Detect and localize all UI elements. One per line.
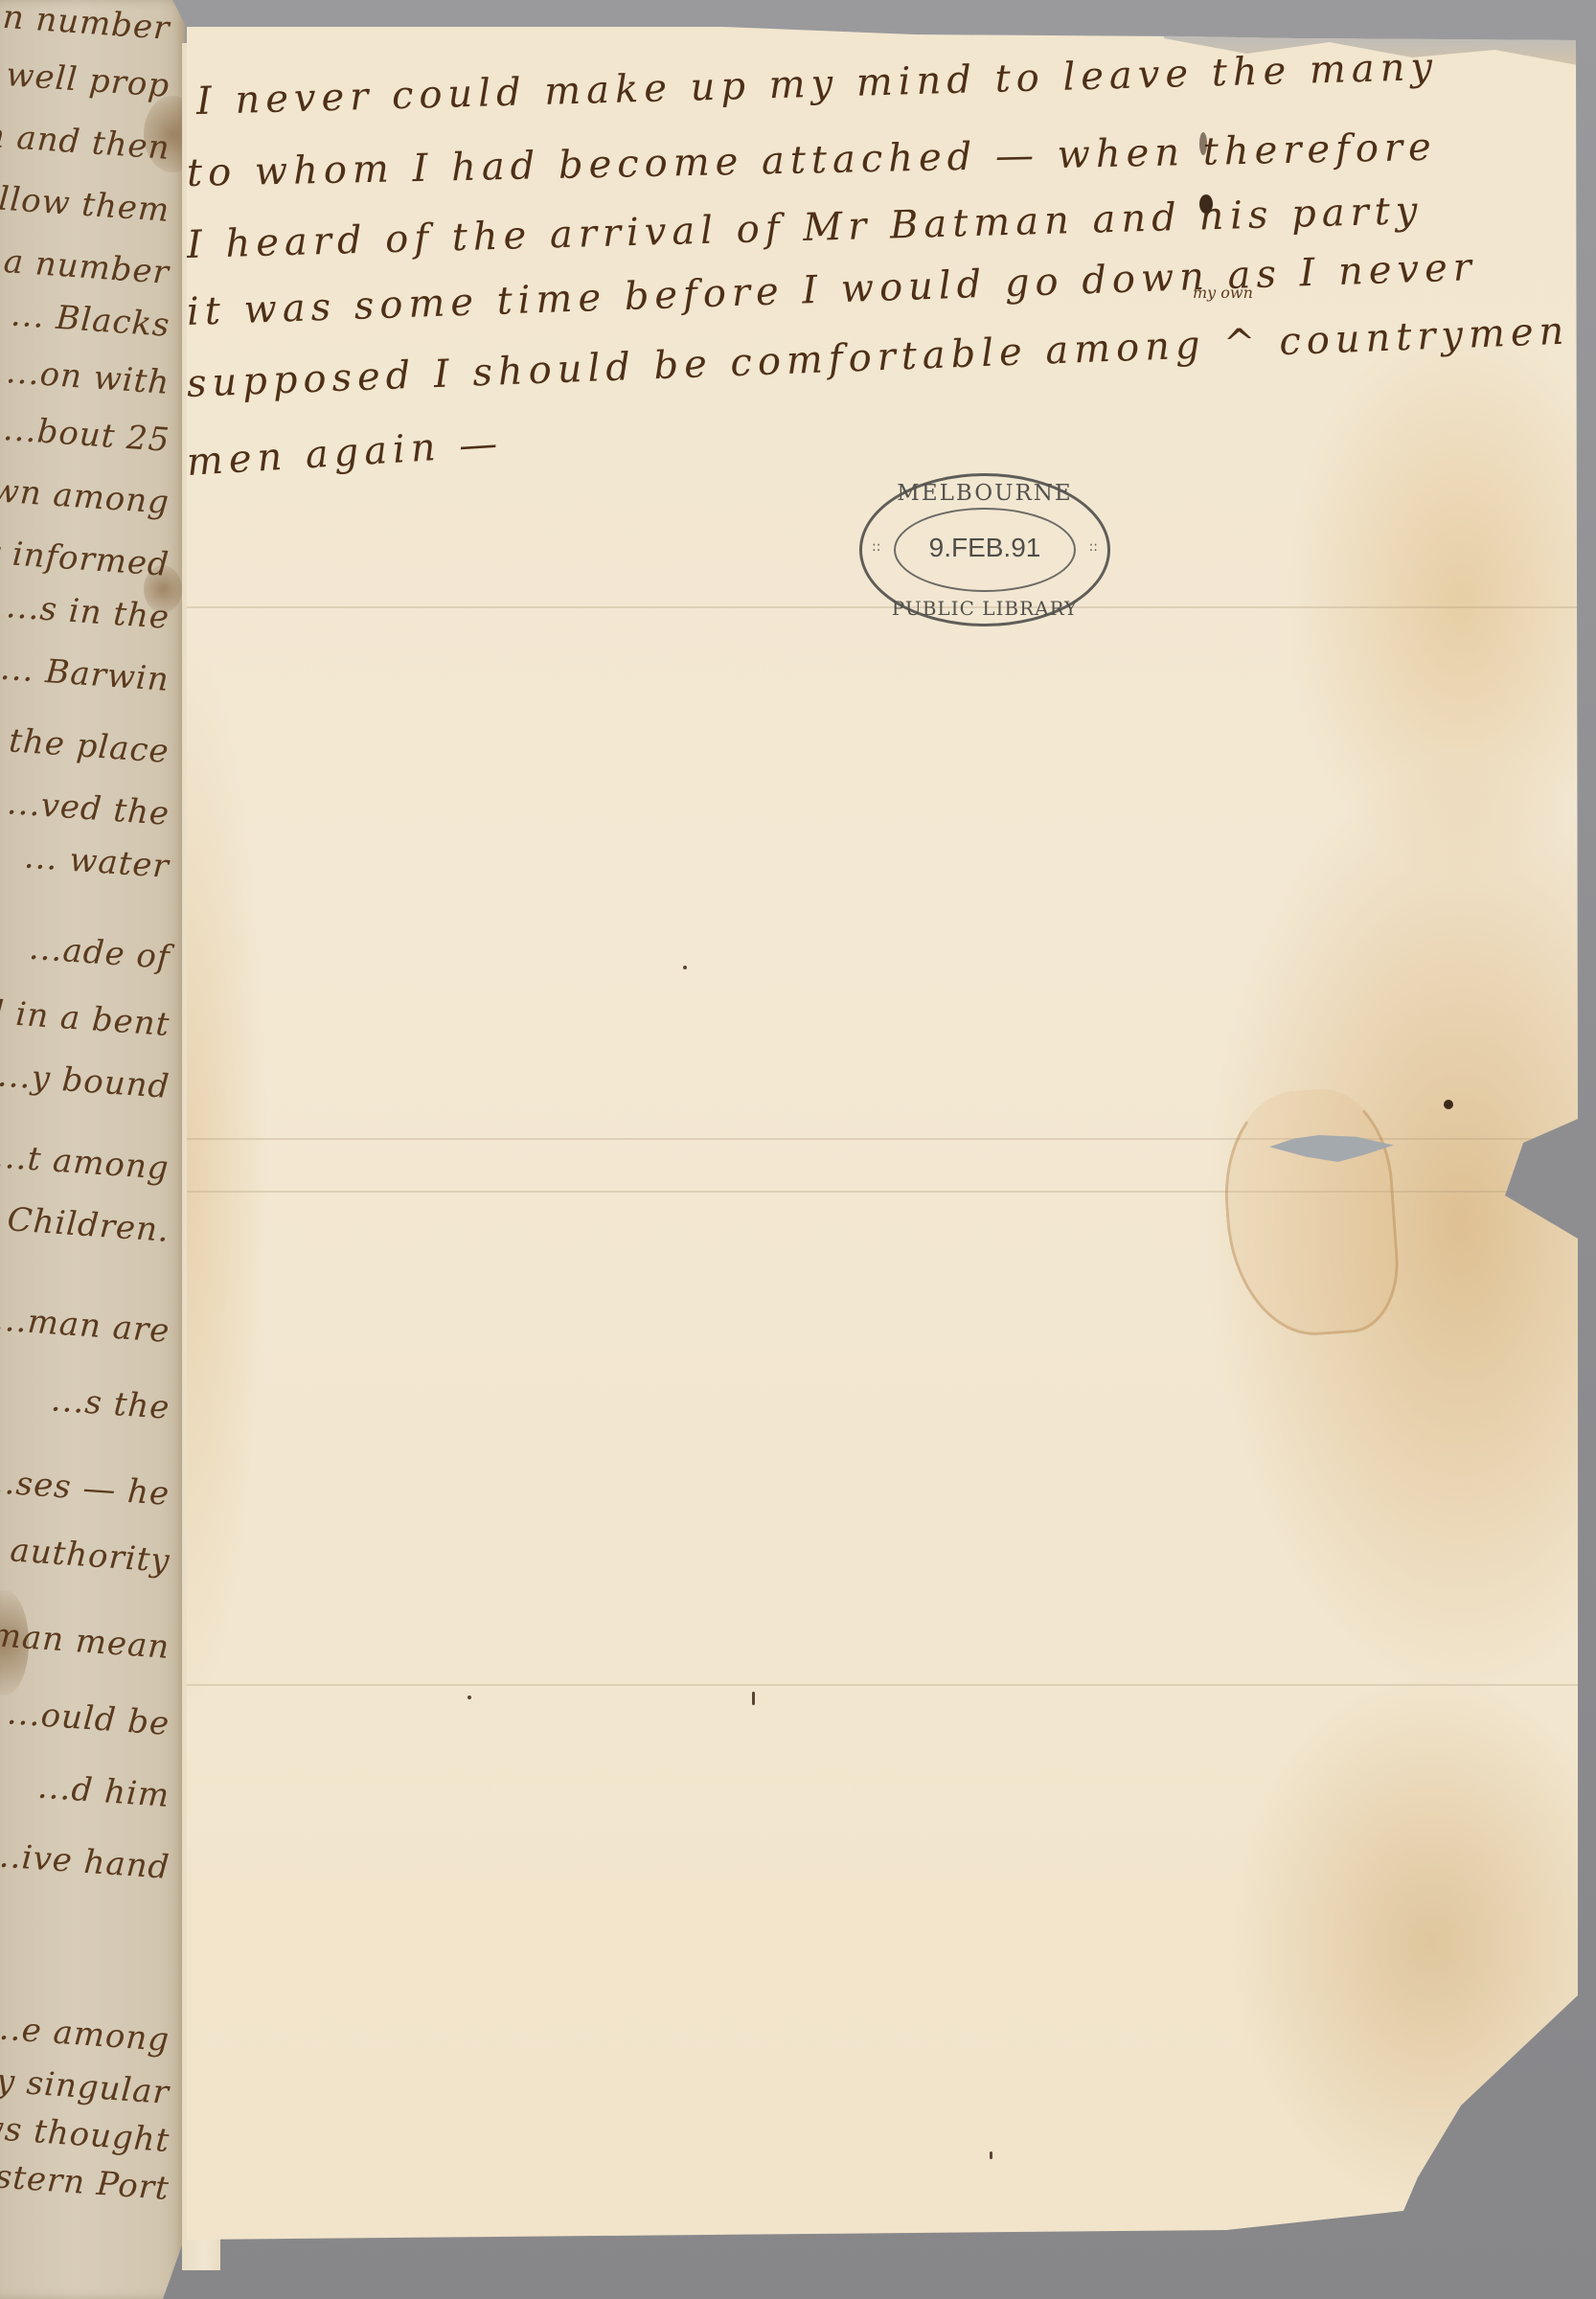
left-page-line: ... authority [0, 1528, 171, 1581]
stamp-dots-right: :: [1089, 539, 1098, 555]
left-page-line: ...ses — he [0, 1462, 171, 1514]
left-page-line: ...d him [36, 1767, 171, 1815]
manuscript-line-6: men again — [186, 421, 505, 485]
stamp-top-text: MELBOURNE [862, 481, 1107, 506]
left-page-line: ...on with [5, 353, 171, 402]
manuscript-scan: ...n number a well prop ...n and then ..… [0, 0, 1596, 2299]
paper-speck [752, 1692, 755, 1705]
stamp-date: 9.FEB.91 [896, 533, 1074, 563]
ink-blot [1199, 132, 1207, 155]
left-page-line: ... Barwin [0, 649, 171, 699]
left-page-line: ...ews thought [0, 2105, 171, 2160]
left-page-line: ...s the [50, 1380, 171, 1427]
stamp-bottom-text: PUBLIC LIBRARY [862, 597, 1107, 620]
left-page-line: ... Blacks [10, 295, 171, 345]
water-stain [1218, 1084, 1402, 1341]
ink-blot [1444, 1100, 1453, 1109]
ink-blot [1199, 194, 1213, 214]
left-page-line: ...n number [0, 0, 171, 48]
left-page-line: ...r a number [0, 238, 171, 291]
paper-speck [683, 966, 687, 969]
left-page-line: ...ould be [6, 1694, 171, 1743]
left-page-line: ...t among [0, 1137, 171, 1188]
left-page-line: ...man are [0, 1300, 171, 1351]
left-page-line: ...known among [0, 465, 171, 522]
left-facing-page: ...n number a well prop ...n and then ..… [0, 0, 187, 2299]
left-page-line: ...e among [0, 2009, 171, 2060]
left-page-line: ... water [23, 837, 171, 885]
left-page-line: ...ey informed [0, 529, 171, 584]
left-page-line: a well prop [0, 54, 171, 105]
paper-speck [467, 1696, 471, 1699]
left-page-line: ...ved the [6, 784, 171, 833]
left-page-line: ...l in a bent [0, 991, 171, 1044]
left-page-line: ... Western Port [0, 2151, 171, 2208]
left-page-line: ...ade of [28, 929, 171, 977]
left-page-line: ...y singular [0, 2060, 171, 2112]
manuscript-line-2: to whom I had become attached — when the… [187, 125, 1438, 195]
manuscript-line-1: I never could make up my mind to leave t… [195, 45, 1438, 124]
left-page-line: ... Children. [0, 1197, 171, 1250]
left-page-line: ...ky follow them [0, 171, 171, 230]
fold-line [187, 1684, 1578, 1686]
library-stamp: MELBOURNE 9.FEB.91 :: :: PUBLIC LIBRARY [859, 473, 1110, 626]
left-page-line: ...y bound [0, 1056, 171, 1105]
interlinear-insertion: my own [1193, 284, 1253, 302]
stamp-inner-ring: 9.FEB.91 [894, 508, 1076, 592]
left-page-line: the place [8, 721, 171, 771]
left-page-line: ...ive hand [0, 1836, 171, 1887]
stamp-dots-left: :: [872, 539, 880, 555]
left-page-line: ...bout 25 [2, 410, 171, 460]
paper-speck [990, 2151, 992, 2159]
main-page: I never could make up my mind to leave t… [187, 27, 1578, 2264]
